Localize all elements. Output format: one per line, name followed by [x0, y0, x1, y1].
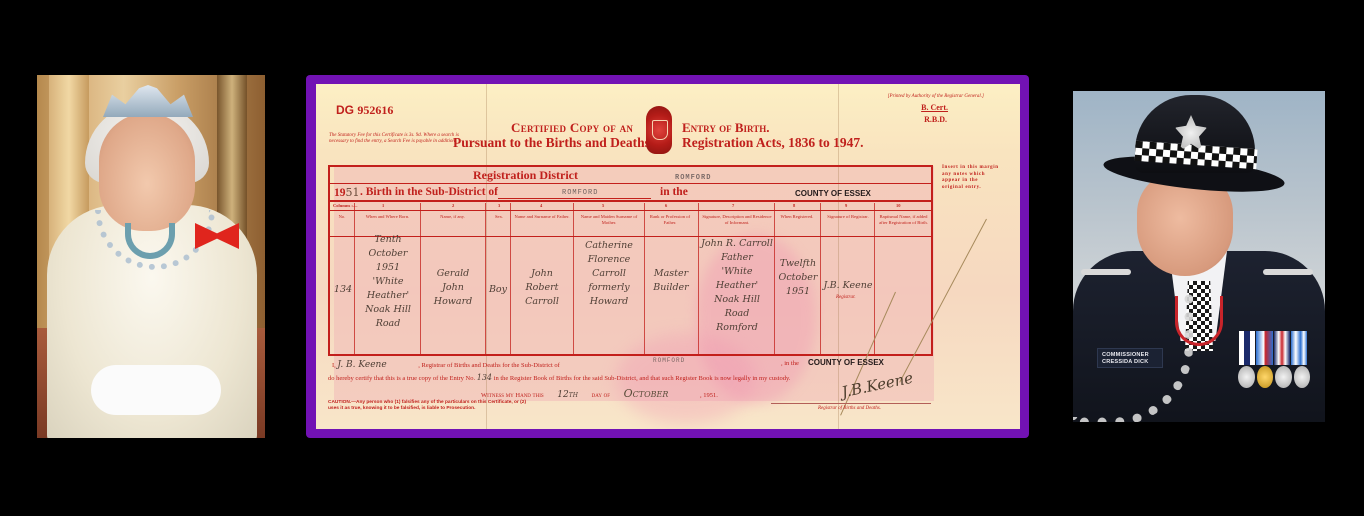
- mother-name: Catherine Florence Carroll formerly Howa…: [574, 239, 644, 309]
- printed-by-note: [Printed by Authority of the Registrar G…: [888, 94, 984, 99]
- column-heading: Baptismal Name, if added after Registrat…: [876, 214, 931, 226]
- registrar-label: Registrar.: [836, 295, 856, 300]
- registrar-name: J. B. Keene: [337, 360, 386, 370]
- caution-note: CAUTION.—Any person who (1) falsifies an…: [328, 400, 528, 412]
- margin-note: Insert in this margin any notes which ap…: [942, 165, 1000, 191]
- silver-medal-icon: [1275, 366, 1292, 388]
- column-number: 2: [452, 203, 454, 208]
- statutory-fee-note: The Statutory Fee for this Certificate i…: [329, 133, 459, 145]
- column-number: 9: [845, 203, 847, 208]
- registration-district-label: Registration District: [473, 168, 578, 182]
- column-number: 4: [540, 203, 542, 208]
- birth-in-label: . Birth in the Sub-District of: [360, 184, 498, 201]
- column-heading: Signature of Registrar.: [824, 214, 872, 220]
- column-heading: When and Where Born.: [360, 214, 415, 220]
- in-the-label: in the: [660, 184, 688, 201]
- column-heading: Name and Maiden Surname of Mother.: [575, 214, 643, 226]
- epaulette: [1263, 269, 1313, 275]
- column-divider: [420, 203, 421, 354]
- column-number: 10: [896, 203, 901, 208]
- name-tag-title: COMMISSIONER: [1102, 352, 1158, 359]
- column-divider: [820, 203, 821, 354]
- column-heading: Rank or Profession of Father.: [645, 214, 695, 226]
- column-number: 5: [602, 203, 604, 208]
- column-heading: No.: [332, 214, 352, 220]
- right-portrait-photo: COMMISSIONER CRESSIDA DICK: [1073, 91, 1325, 422]
- column-number: 6: [665, 203, 667, 208]
- entry-number: 134: [477, 373, 492, 382]
- sub-district-stamp: ROMFORD: [562, 185, 598, 202]
- column-heading: Sex.: [490, 214, 508, 220]
- registrar-statement-line2: do hereby certify that this is a true co…: [328, 373, 790, 382]
- birth-certificate: DG 952616 The Statutory Fee for this Cer…: [316, 84, 1020, 429]
- when-registered: Twelfth October 1951: [776, 257, 820, 299]
- in-the-label: , in the: [781, 360, 799, 367]
- name-tag: COMMISSIONER CRESSIDA DICK: [1097, 348, 1163, 368]
- medals: [1238, 366, 1310, 388]
- sub-district-stamp: ROMFORD: [653, 357, 685, 364]
- column-divider: [485, 203, 486, 354]
- silver-medal-icon: [1238, 366, 1255, 388]
- left-portrait-photo: [37, 75, 265, 438]
- father-name: John Robert Carroll: [512, 267, 572, 309]
- column-heading: Name, if any.: [425, 214, 480, 220]
- epaulette: [1081, 269, 1131, 275]
- medal-ribbons: [1239, 331, 1307, 365]
- royal-crest-icon: [646, 106, 672, 154]
- title-certified-copy: Certified Copy of an: [511, 120, 633, 136]
- county-label: COUNTY OF ESSEX: [808, 358, 884, 367]
- year: 1951: [334, 184, 360, 202]
- silver-medal-icon: [1294, 366, 1311, 388]
- column-heading: When Registered.: [776, 214, 818, 220]
- column-divider: [774, 203, 775, 354]
- informant: John R. Carroll Father 'White Heather' N…: [700, 237, 774, 335]
- certificate-frame: DG 952616 The Statutory Fee for this Cer…: [306, 75, 1029, 438]
- form-code-rbd: R.B.D.: [924, 115, 947, 124]
- column-number: 8: [793, 203, 795, 208]
- name-tag-name: CRESSIDA DICK: [1102, 359, 1158, 366]
- gold-medal-icon: [1257, 366, 1274, 388]
- white-gloves: [91, 365, 221, 415]
- signature-label: Registrar of Births and Deaths.: [818, 406, 881, 411]
- when-where-born: Tenth October 1951 'White Heather' Noak …: [356, 233, 420, 331]
- father-profession: Master Builder: [645, 267, 697, 295]
- column-heading: Signature, Description and Residence of …: [702, 214, 772, 226]
- serial-number: DG 952616: [336, 103, 393, 118]
- tiara-icon: [103, 85, 193, 117]
- title-registration-acts: Registration Acts, 1836 to 1947.: [682, 135, 863, 151]
- sex: Boy: [486, 283, 510, 297]
- column-number: 7: [732, 203, 734, 208]
- face: [99, 113, 195, 231]
- title-entry-of-birth: Entry of Birth.: [682, 120, 769, 136]
- registrar-statement-line1: I, J. B. Keene , Registrar of Births and…: [332, 360, 560, 370]
- register-entry-table: Registration District ROMFORD 1951 . Bir…: [328, 165, 933, 356]
- county-label: COUNTY OF ESSEX: [795, 185, 871, 202]
- sub-district-row: 1951 . Birth in the Sub-District of ROMF…: [330, 184, 931, 202]
- column-divider: [698, 203, 699, 354]
- witness-line: Witness my Hand this 12th day of October…: [481, 387, 718, 400]
- child-name: Gerald John Howard: [422, 267, 484, 309]
- column-number: 3: [498, 203, 500, 208]
- registrar-signature: J.B. Keene: [822, 279, 874, 293]
- registration-district-header: Registration District ROMFORD: [330, 167, 931, 184]
- form-code-bcert: B. Cert.: [921, 103, 948, 112]
- column-divider: [354, 203, 355, 354]
- entry-number: 134: [332, 283, 354, 297]
- column-number: 1: [382, 203, 384, 208]
- signature-line: [771, 403, 931, 404]
- title-pursuant: Pursuant to the Births and Deaths: [453, 135, 650, 151]
- column-divider: [874, 203, 875, 354]
- column-heading: Name and Surname of Father.: [512, 214, 572, 220]
- column-divider: [510, 203, 511, 354]
